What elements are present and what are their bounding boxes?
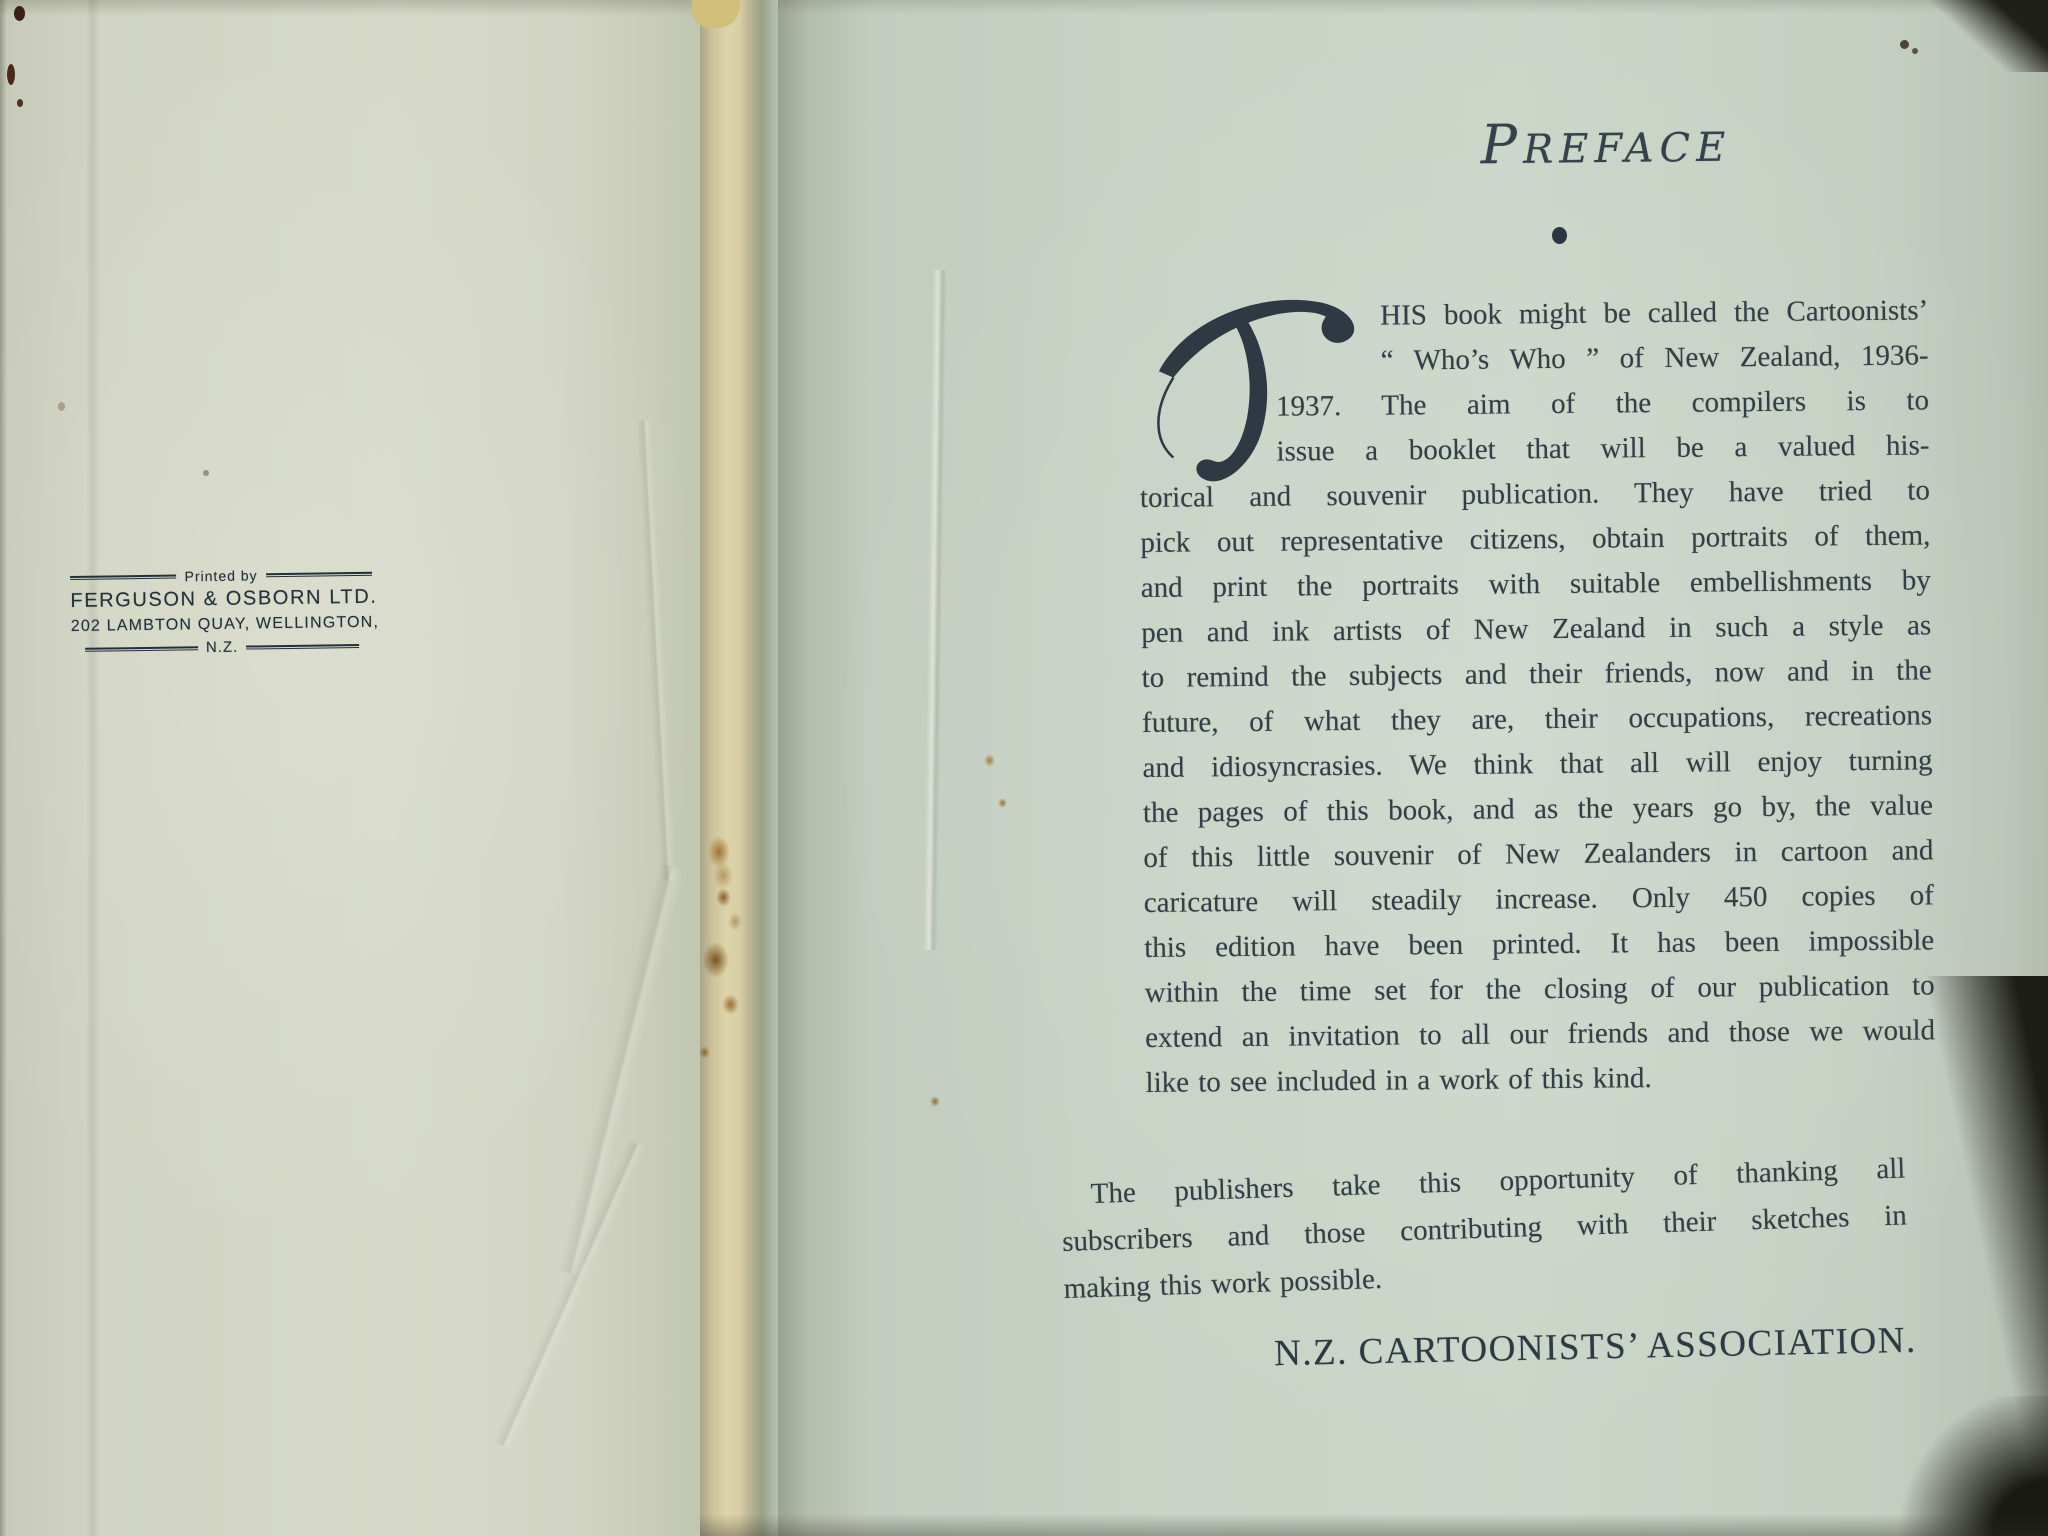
imprint-rule xyxy=(70,575,177,580)
preface-line: of this little souvenir of New Zealander… xyxy=(1143,828,1933,881)
preface-line: and print the portraits with suitable em… xyxy=(1141,558,1931,611)
section-divider-dot xyxy=(1552,227,1567,244)
printer-imprint: Printed by FERGUSON & OSBORN LTD. 202 LA… xyxy=(70,566,373,658)
preface-paragraph-2: The publishers take this opportunity of … xyxy=(1060,1145,1909,1312)
preface-line: future, of what they are, their occupati… xyxy=(1142,693,1932,746)
preface-line: extend an invitation to all our friends … xyxy=(1145,1008,1935,1061)
imprint-rule xyxy=(246,643,359,649)
foxing-spot xyxy=(708,836,730,868)
foxing-spot xyxy=(984,754,995,767)
preface-line: caricature will steadily increase. Only … xyxy=(1144,873,1934,926)
book-gutter xyxy=(700,0,778,1536)
preface-line: within the time set for the closing of o… xyxy=(1144,963,1934,1016)
edge-shadow xyxy=(700,1514,2048,1536)
preface-line: pen and ink artists of New Zealand in su… xyxy=(1141,603,1931,656)
imprint-printer-name: FERGUSON & OSBORN LTD. xyxy=(70,586,372,613)
preface-line: “ Who’s Who ” of New Zealand, 1936- xyxy=(1380,333,1928,383)
paper-crease xyxy=(558,863,685,1277)
preface-line: 1937. The aim of the compilers is to xyxy=(1276,378,1929,429)
preface-line: like to see included in a work of this k… xyxy=(1145,1053,1935,1106)
preface-title: PREFACE xyxy=(1206,108,2007,179)
foxing-spot xyxy=(722,994,739,1015)
paper-speck xyxy=(7,64,15,85)
foxing-spot xyxy=(699,1046,710,1059)
preface-line: to remind the subjects and their friends… xyxy=(1141,648,1931,701)
paper-speck xyxy=(14,6,25,21)
paper-speck xyxy=(17,99,23,107)
paper-speck xyxy=(203,470,209,476)
imprint-country: N.Z. xyxy=(206,639,239,656)
corner-shadow xyxy=(1918,0,2048,72)
paper-speck xyxy=(58,402,65,411)
foxing-spot xyxy=(930,1096,940,1107)
preface-line: the pages of this book, and as the years… xyxy=(1143,783,1933,836)
paper-crease xyxy=(494,1140,646,1450)
imprint-rule xyxy=(266,572,373,577)
preface-paragraph-1: HIS book might be called the Cartoonists… xyxy=(1138,288,1936,1106)
book-photo: Printed by FERGUSON & OSBORN LTD. 202 LA… xyxy=(0,0,2048,1536)
preface-line: torical and souvenir publication. They h… xyxy=(1140,468,1930,521)
preface-line: this edition have been printed. It has b… xyxy=(1144,918,1934,971)
preface-line: issue a booklet that will be a valued hi… xyxy=(1276,423,1929,474)
imprint-printed-by: Printed by xyxy=(184,567,257,584)
imprint-address: 202 LAMBTON QUAY, WELLINGTON, xyxy=(71,614,373,636)
preface-line: HIS book might be called the Cartoonists… xyxy=(1380,288,1928,338)
imprint-printed-by-row: Printed by xyxy=(70,566,372,586)
preface-line: pick out representative citizens, obtain… xyxy=(1140,513,1930,566)
preface-line: and idiosyncrasies. We think that all wi… xyxy=(1142,738,1932,791)
paper-crease xyxy=(636,420,676,880)
paper-speck xyxy=(1900,40,1909,49)
imprint-country-row: N.Z. xyxy=(71,637,373,658)
foxing-spot xyxy=(998,798,1007,808)
left-page: Printed by FERGUSON & OSBORN LTD. 202 LA… xyxy=(0,0,758,1536)
foxing-spot xyxy=(716,888,731,907)
imprint-rule xyxy=(85,646,198,652)
foxing-spot xyxy=(702,942,729,978)
